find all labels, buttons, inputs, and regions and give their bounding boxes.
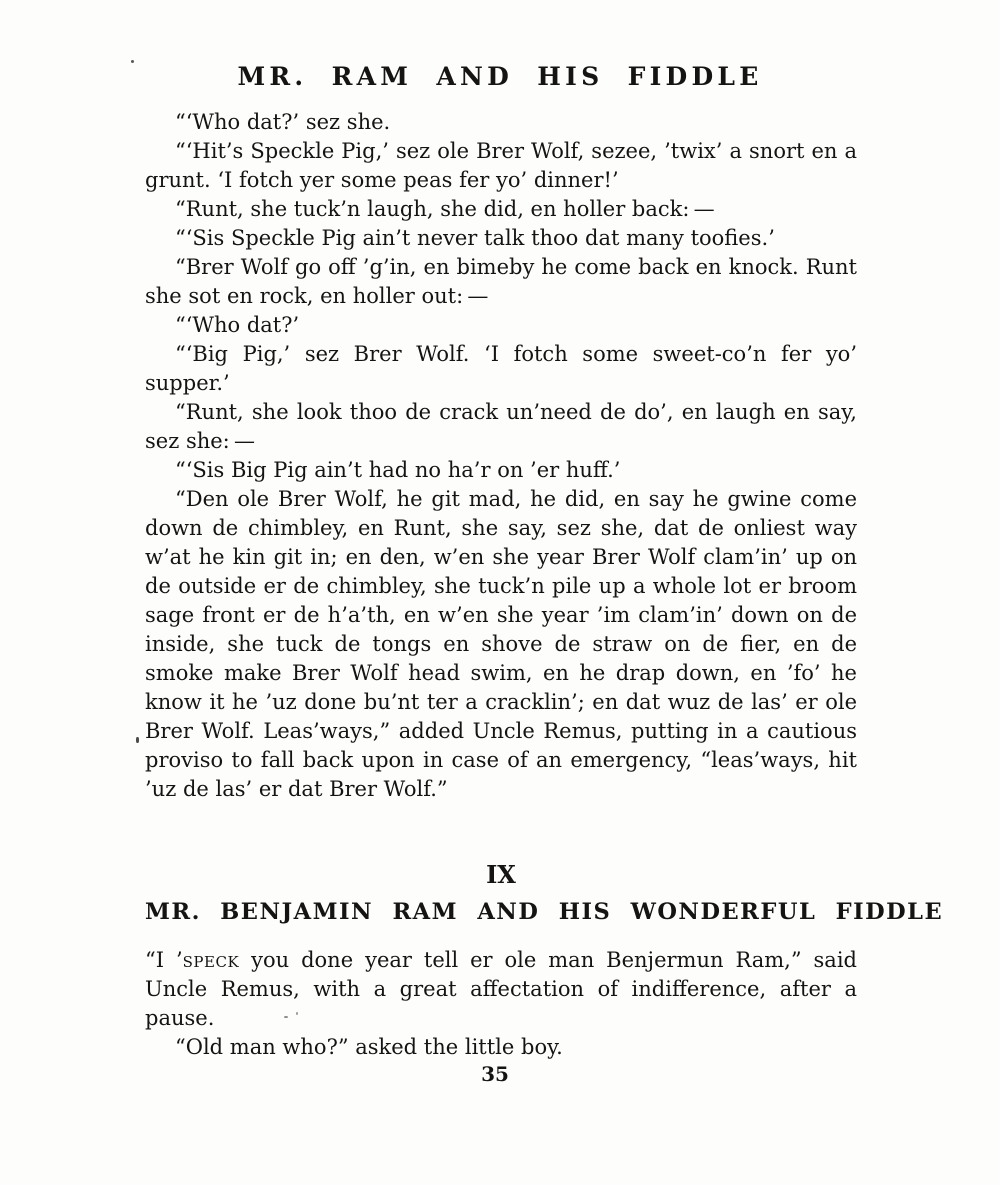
text-run: “‘Hit’s Speckle Pig,’ sez ole Brer Wolf,…: [145, 139, 857, 192]
text-run: “‘Who dat?’ sez she.: [175, 110, 390, 134]
running-head: MR. RAM AND HIS FIDDLE: [0, 62, 1000, 91]
paragraph: “Den ole Brer Wolf, he git mad, he did, …: [145, 485, 857, 804]
text-run: “I ’: [145, 948, 183, 972]
paragraph: “‘Hit’s Speckle Pig,’ sez ole Brer Wolf,…: [145, 137, 857, 195]
print-artifact: [296, 1012, 298, 1015]
print-artifact: [136, 737, 139, 743]
text-run: “Old man who?” asked the little boy.: [175, 1035, 563, 1059]
print-artifact: [131, 60, 134, 63]
book-page: MR. RAM AND HIS FIDDLE “‘Who dat?’ sez s…: [0, 0, 1000, 1185]
section-number: IX: [145, 860, 857, 889]
text-run: “Runt, she tuck’n laugh, she did, en hol…: [175, 197, 715, 221]
paragraph: “Old man who?” asked the little boy.: [145, 1033, 857, 1062]
story1-paragraphs: “‘Who dat?’ sez she.“‘Hit’s Speckle Pig,…: [145, 108, 857, 804]
paragraph: “Brer Wolf go off ’g’in, en bimeby he co…: [145, 253, 857, 311]
text-run: you done year tell er ole man Benjermun …: [145, 948, 857, 1030]
paragraph: “‘Sis Big Pig ain’t had no ha’r on ’er h…: [145, 456, 857, 485]
paragraph: “I ’speck you done year tell er ole man …: [145, 946, 857, 1033]
paragraph: “‘Who dat?’ sez she.: [145, 108, 857, 137]
text-run: “‘Sis Speckle Pig ain’t never talk thoo …: [175, 226, 775, 250]
print-artifact: [284, 1016, 288, 1018]
paragraph: “‘Big Pig,’ sez Brer Wolf. ‘I fotch some…: [145, 340, 857, 398]
paragraph: “Runt, she tuck’n laugh, she did, en hol…: [145, 195, 857, 224]
story2-paragraphs: “I ’speck you done year tell er ole man …: [145, 946, 857, 1062]
text-smallcaps: speck: [183, 948, 240, 972]
text-run: “‘Sis Big Pig ain’t had no ha’r on ’er h…: [175, 458, 620, 482]
text-run: “Den ole Brer Wolf, he git mad, he did, …: [145, 487, 857, 801]
text-run: “Brer Wolf go off ’g’in, en bimeby he co…: [145, 255, 857, 308]
paragraph: “Runt, she look thoo de crack un’need de…: [145, 398, 857, 456]
text-run: “‘Big Pig,’ sez Brer Wolf. ‘I fotch some…: [145, 342, 857, 395]
text-run: “‘Who dat?’: [175, 313, 299, 337]
paragraph: “‘Sis Speckle Pig ain’t never talk thoo …: [145, 224, 857, 253]
page-number: 35: [145, 1062, 845, 1086]
chapter-title: MR. BENJAMIN RAM AND HIS WONDERFUL FIDDL…: [145, 899, 857, 925]
paragraph: “‘Who dat?’: [145, 311, 857, 340]
text-run: “Runt, she look thoo de crack un’need de…: [145, 400, 857, 453]
